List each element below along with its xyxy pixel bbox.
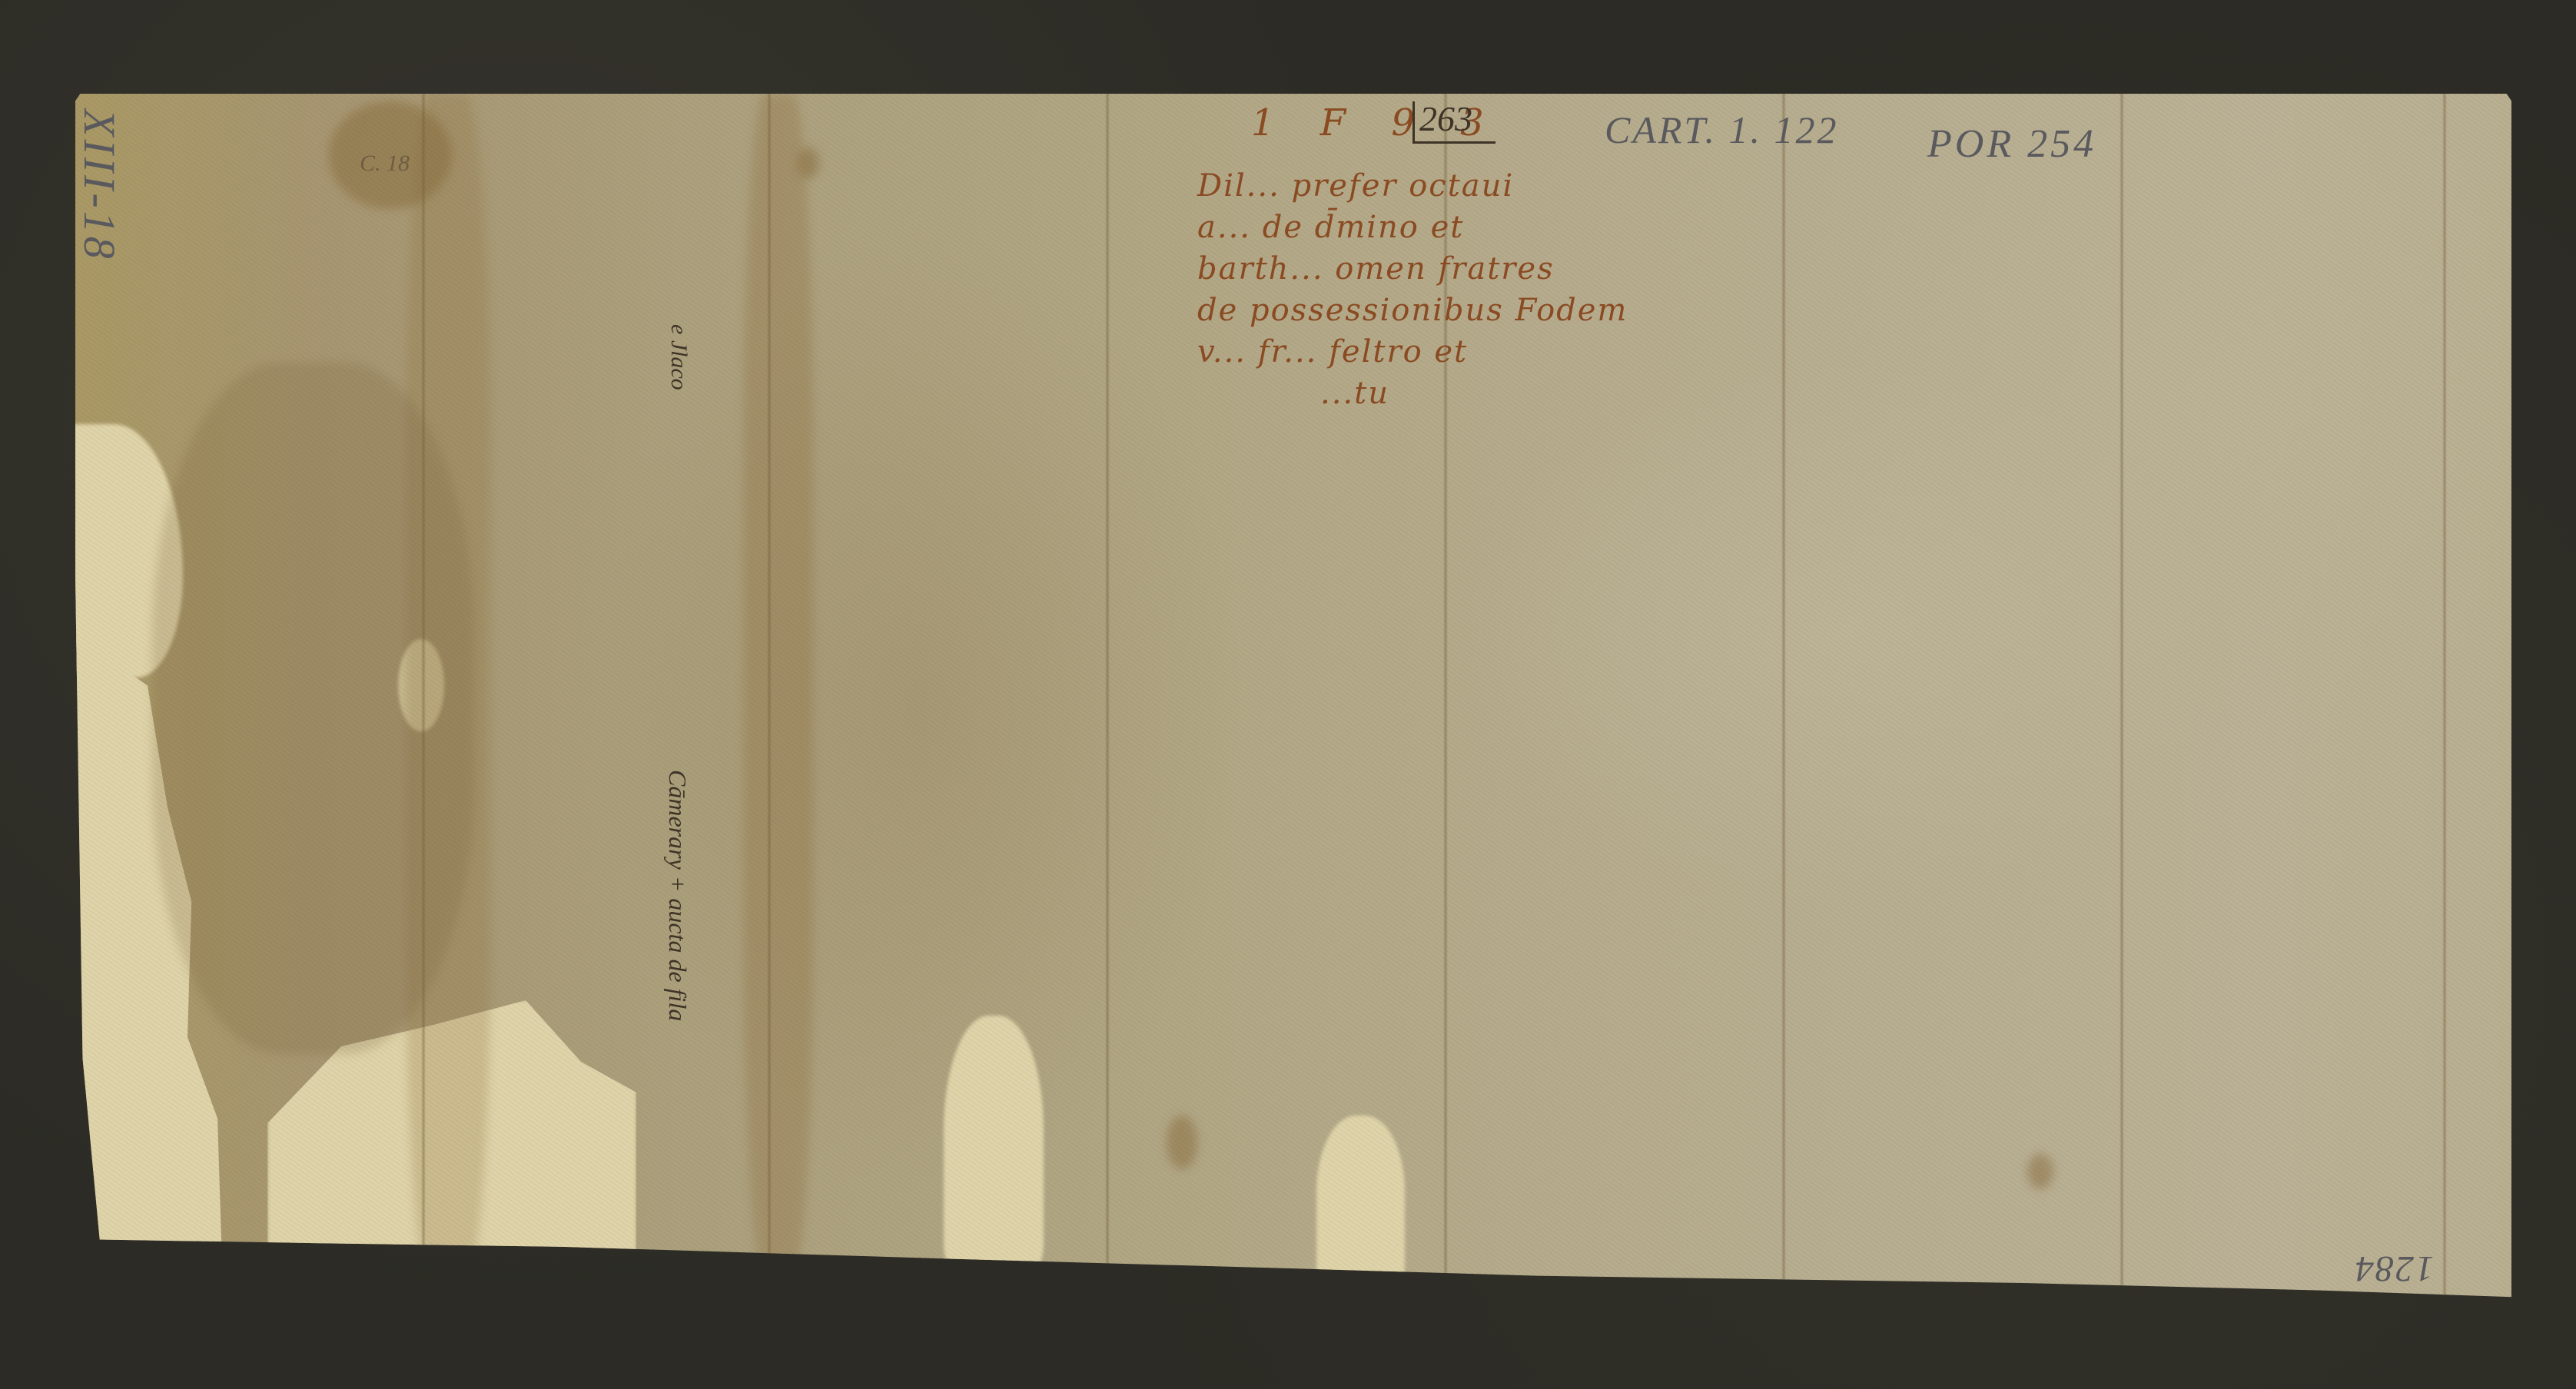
fold-line-6 — [2120, 94, 2124, 1300]
endorsement-line-4: de possessionibus Fodem — [1197, 295, 1628, 326]
pencil-shelfmark-por: POR 254 — [1927, 124, 2096, 164]
water-stain-drip-1 — [944, 1016, 1044, 1269]
brown-stain-dot-2 — [1167, 1116, 1197, 1169]
bottom-right-number: 1284 — [2354, 1250, 2434, 1287]
endorsement-line-3: barth... omen fratres — [1197, 254, 1628, 284]
vertical-note-bottom: Cāmerary + aucta de fila — [666, 770, 690, 1021]
endorsement-line-6: ...tu — [1197, 378, 1628, 409]
top-box-number: 263 — [1412, 101, 1495, 144]
fold-line-1 — [421, 94, 426, 1300]
brown-stain-dot-1 — [798, 148, 819, 178]
water-stain-drip-2 — [1316, 1116, 1405, 1285]
brown-stain-large-left — [152, 363, 475, 1054]
parchment-sheet: XIII-18 C. 18 e Jlaco Cāmerary + aucta d… — [75, 94, 2511, 1300]
brown-stain-dot-3 — [2027, 1154, 2053, 1189]
brown-stain-fold-mid — [744, 94, 813, 1277]
fold-line-2 — [767, 94, 772, 1300]
left-small-note: C. 18 — [360, 152, 410, 175]
endorsement-line-2: a... de d̄mino et — [1197, 212, 1628, 243]
endorsement-text: Dil... prefer octaui a... de d̄mino et b… — [1197, 171, 1628, 419]
endorsement-line-5: v... fr... feltro et — [1197, 336, 1628, 367]
fold-line-3 — [1105, 94, 1110, 1300]
pencil-shelfmark-cart: CART. 1. 122 — [1605, 111, 1839, 149]
fold-line-5 — [1781, 94, 1786, 1300]
left-margin-roman-numeral: XIII-18 — [77, 109, 121, 262]
endorsement-line-1: Dil... prefer octaui — [1197, 171, 1628, 201]
vertical-note-top: e Jlaco — [667, 324, 690, 390]
fold-line-7 — [2442, 94, 2447, 1300]
